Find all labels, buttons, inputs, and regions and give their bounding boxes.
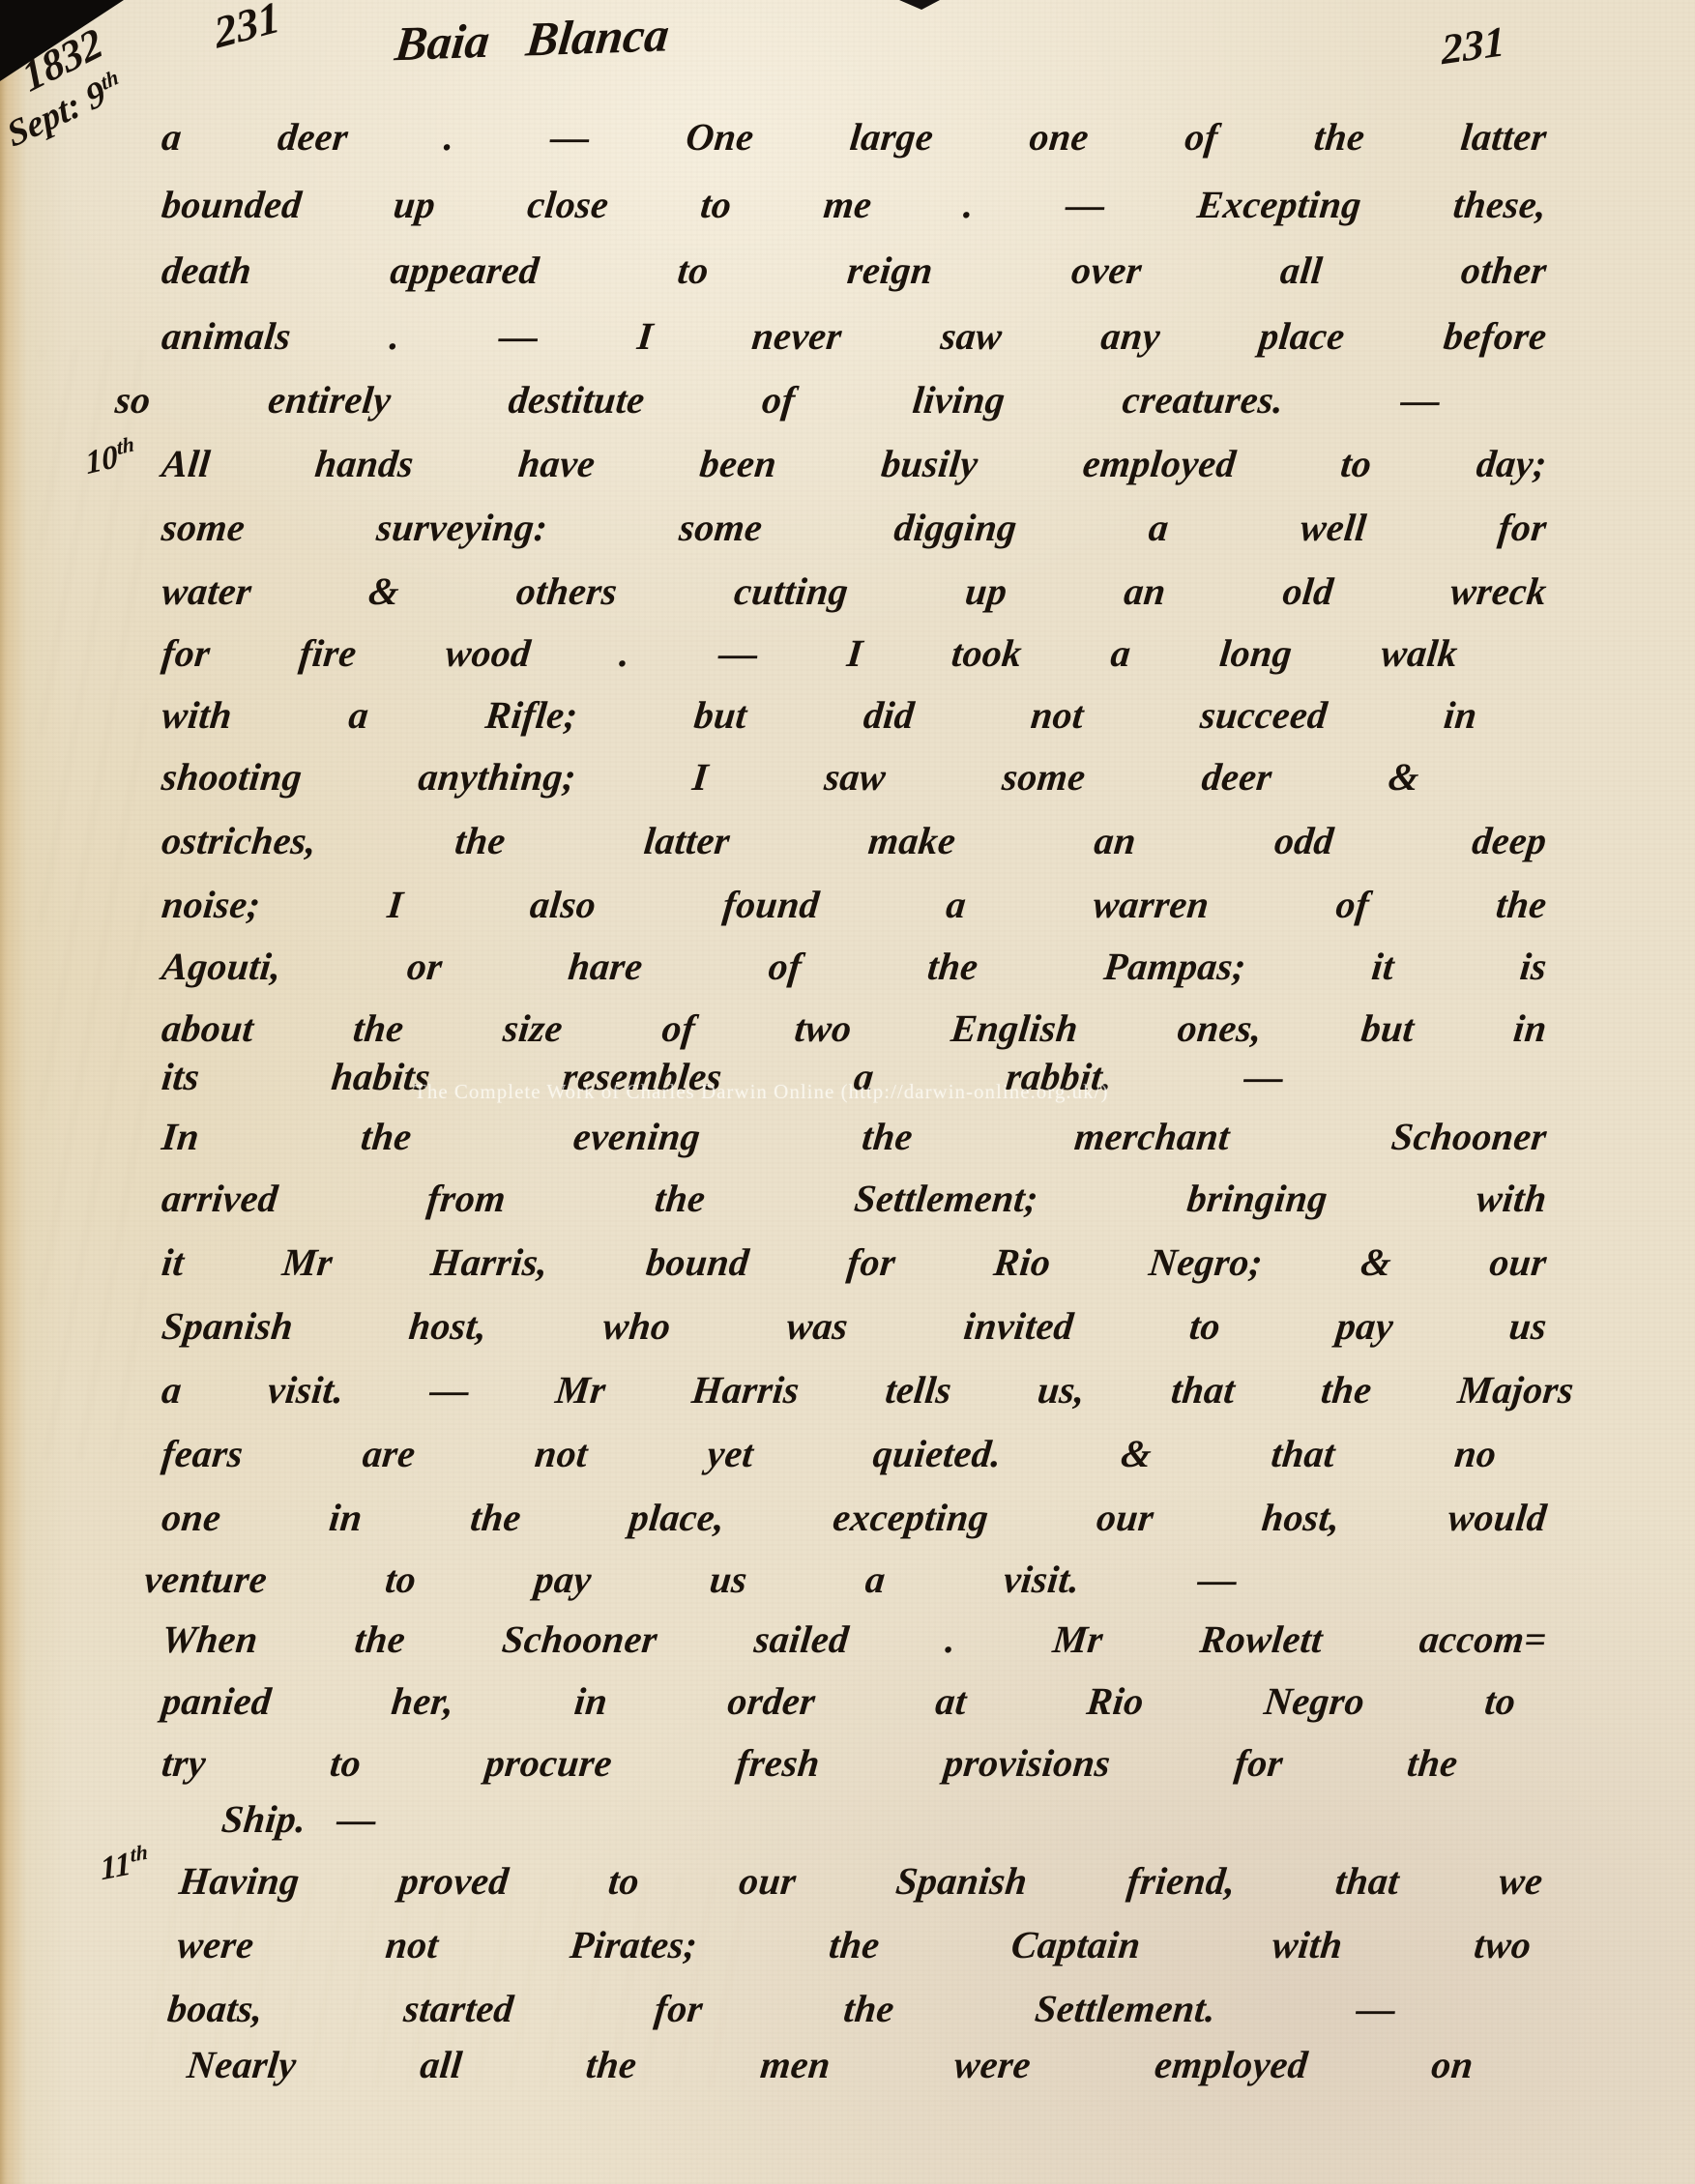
margin-note-date-11th: 11th (99, 1839, 150, 1888)
margin-date-ordinal: th (115, 431, 135, 459)
manuscript-line: All hands have been busily employed to d… (160, 441, 1549, 487)
manuscript-line: Nearly all the men were employed on (185, 2042, 1476, 2088)
manuscript-line: ostriches, the latter make an odd deep (160, 818, 1549, 864)
manuscript-line: fears are not yet quieted. & that no (160, 1431, 1499, 1477)
manuscript-line: animals . — I never saw any place before (160, 313, 1549, 360)
manuscript-line: with a Rifle; but did not succeed in (160, 692, 1479, 739)
manuscript-line: Having proved to our Spanish friend, tha… (177, 1858, 1545, 1905)
manuscript-line: Agouti, or hare of the Pampas; it is (160, 944, 1549, 990)
manuscript-line: When the Schooner sailed . Mr Rowlett ac… (160, 1616, 1549, 1663)
manuscript-line: were not Pirates; the Captain with two (175, 1922, 1534, 1968)
margin-note-date-10th: 10th (83, 431, 137, 482)
manuscript-line: bounded up close to me . — Excepting the… (160, 182, 1549, 228)
margin-date-number: 11 (99, 1846, 132, 1887)
manuscript-line: a visit. — Mr Harris tells us, that the … (160, 1367, 1576, 1413)
manuscript-line: death appeared to reign over all other (160, 248, 1549, 294)
page-number-left: 231 (211, 0, 283, 59)
manuscript-line: venture to pay us a visit. — (142, 1557, 1240, 1603)
manuscript-line: it Mr Harris, bound for Rio Negro; & our (160, 1239, 1549, 1286)
manuscript-line: boats, started for the Settlement. — (165, 1986, 1398, 2032)
manuscript-line: so entirely destitute of living creature… (113, 377, 1443, 423)
manuscript-line: about the size of two English ones, but … (160, 1005, 1549, 1052)
manuscript-line: one in the place, excepting our host, wo… (160, 1495, 1549, 1541)
verso-showthrough (41, 348, 147, 1460)
manuscript-line: noise; I also found a warren of the (160, 882, 1549, 928)
manuscript-line: panied her, in order at Rio Negro to (160, 1678, 1518, 1725)
manuscript-line: shooting anything; I saw some deer & (160, 754, 1421, 801)
manuscript-page: 231 Baia Blanca 231 1832 Sept: 9th 10th … (0, 0, 1695, 2184)
manuscript-line: a deer . — One large one of the latter (160, 114, 1549, 160)
margin-date-ordinal: th (130, 1839, 149, 1867)
manuscript-line: try to procure fresh provisions for the (160, 1740, 1460, 1787)
manuscript-line: In the evening the merchant Schooner (160, 1114, 1549, 1160)
manuscript-line: water & others cutting up an old wreck (160, 568, 1549, 615)
manuscript-line: arrived from the Settlement; bringing wi… (160, 1176, 1549, 1222)
manuscript-line: its habits resembles a rabbit. — (160, 1054, 1286, 1100)
page-number-right: 231 (1441, 16, 1505, 74)
manuscript-line: Ship. — (219, 1796, 476, 1843)
page-title: Baia Blanca (393, 6, 672, 72)
manuscript-line: for fire wood . — I took a long walk (160, 630, 1460, 677)
page-edge-notch (899, 0, 940, 10)
margin-date-number: 10 (83, 439, 120, 482)
manuscript-line: some surveying: some digging a well for (160, 505, 1549, 551)
manuscript-line: Spanish host, who was invited to pay us (160, 1303, 1549, 1350)
